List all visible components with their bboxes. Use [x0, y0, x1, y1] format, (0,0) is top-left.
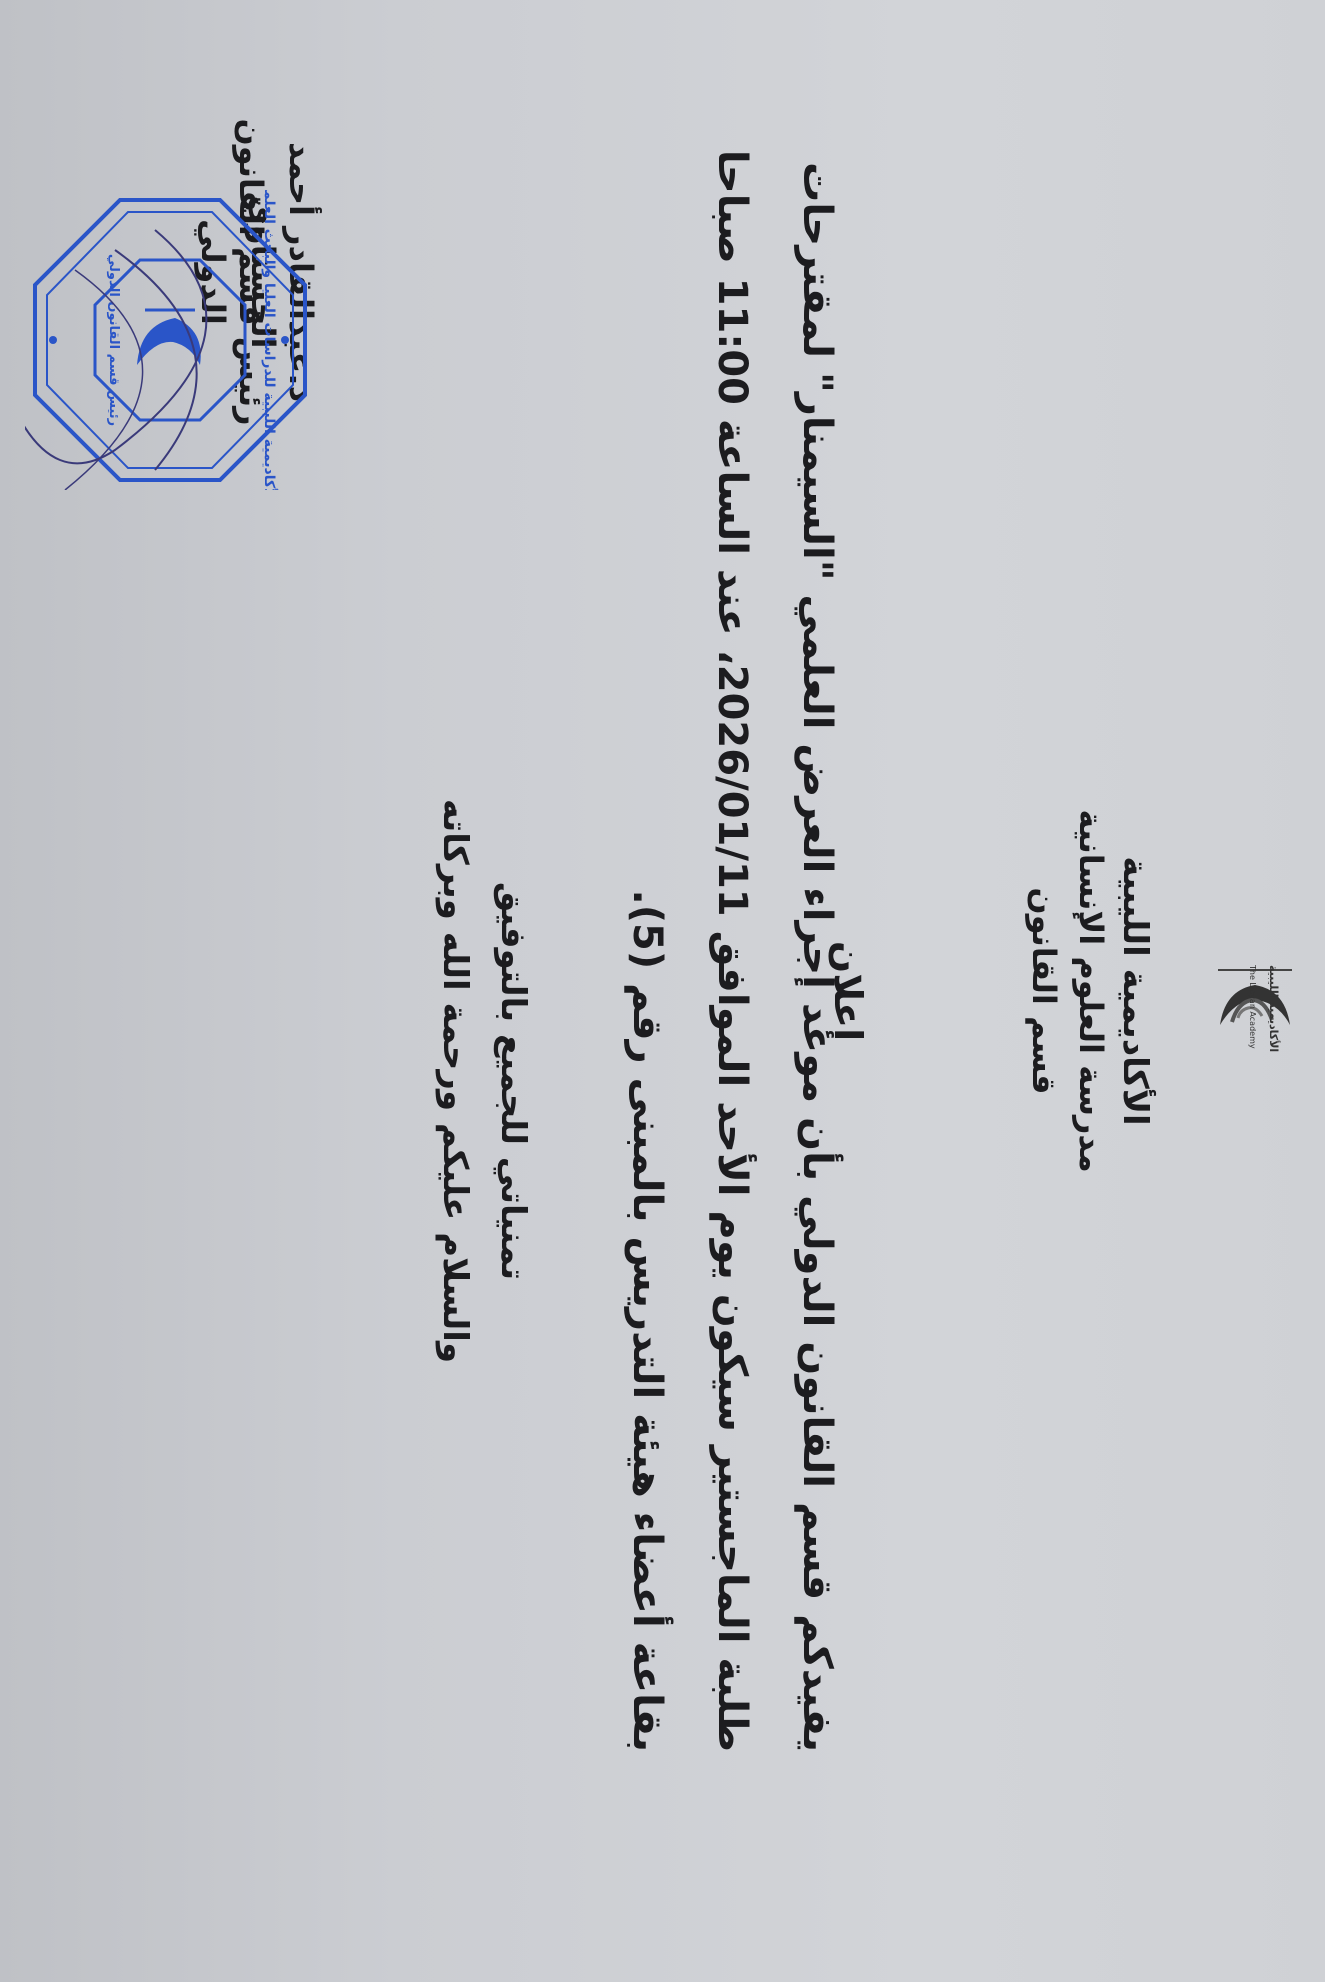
official-stamp-icon: الأكاديمية الليبية للدراسات العليا والبح…	[25, 190, 315, 490]
announcement-document: الأكاديمية الليبية The Libyan Academy ال…	[0, 0, 1325, 1982]
closing-wishes: تمنياتي للجميع بالتوفيق	[493, 180, 533, 1982]
school-name: مدرسة العلوم الإنسانية	[1072, 0, 1110, 1982]
svg-text:رئيس قسم القانون الدولي: رئيس قسم القانون الدولي	[106, 254, 121, 426]
closing-greeting: والسلام عليكم ورحمة الله وبركاته	[435, 180, 475, 1982]
body-line-2: طلبة الماجستير سيكون يوم الأحد الموافق 2…	[709, 232, 755, 1752]
svg-text:الأكاديمية الليبية للدراسات ال: الأكاديمية الليبية للدراسات العليا والبح…	[261, 190, 278, 490]
libyan-academy-logo-icon: الأكاديمية الليبية The Libyan Academy	[1210, 930, 1300, 1070]
department-name: قسم القانون	[1025, 0, 1063, 1982]
institution-name: الأكاديمية الليبية	[1115, 0, 1155, 1982]
svg-text:الأكاديمية الليبية: الأكاديمية الليبية	[1267, 965, 1281, 1052]
body-line-1: يفيدكم قسم القانون الدولي بأن موعد إجراء…	[794, 232, 840, 1752]
svg-text:The Libyan Academy: The Libyan Academy	[1248, 964, 1257, 1049]
body-line-3: بقاعة أعضاء هيئة التدريس بالمبنى رقم (5)…	[624, 232, 670, 1752]
